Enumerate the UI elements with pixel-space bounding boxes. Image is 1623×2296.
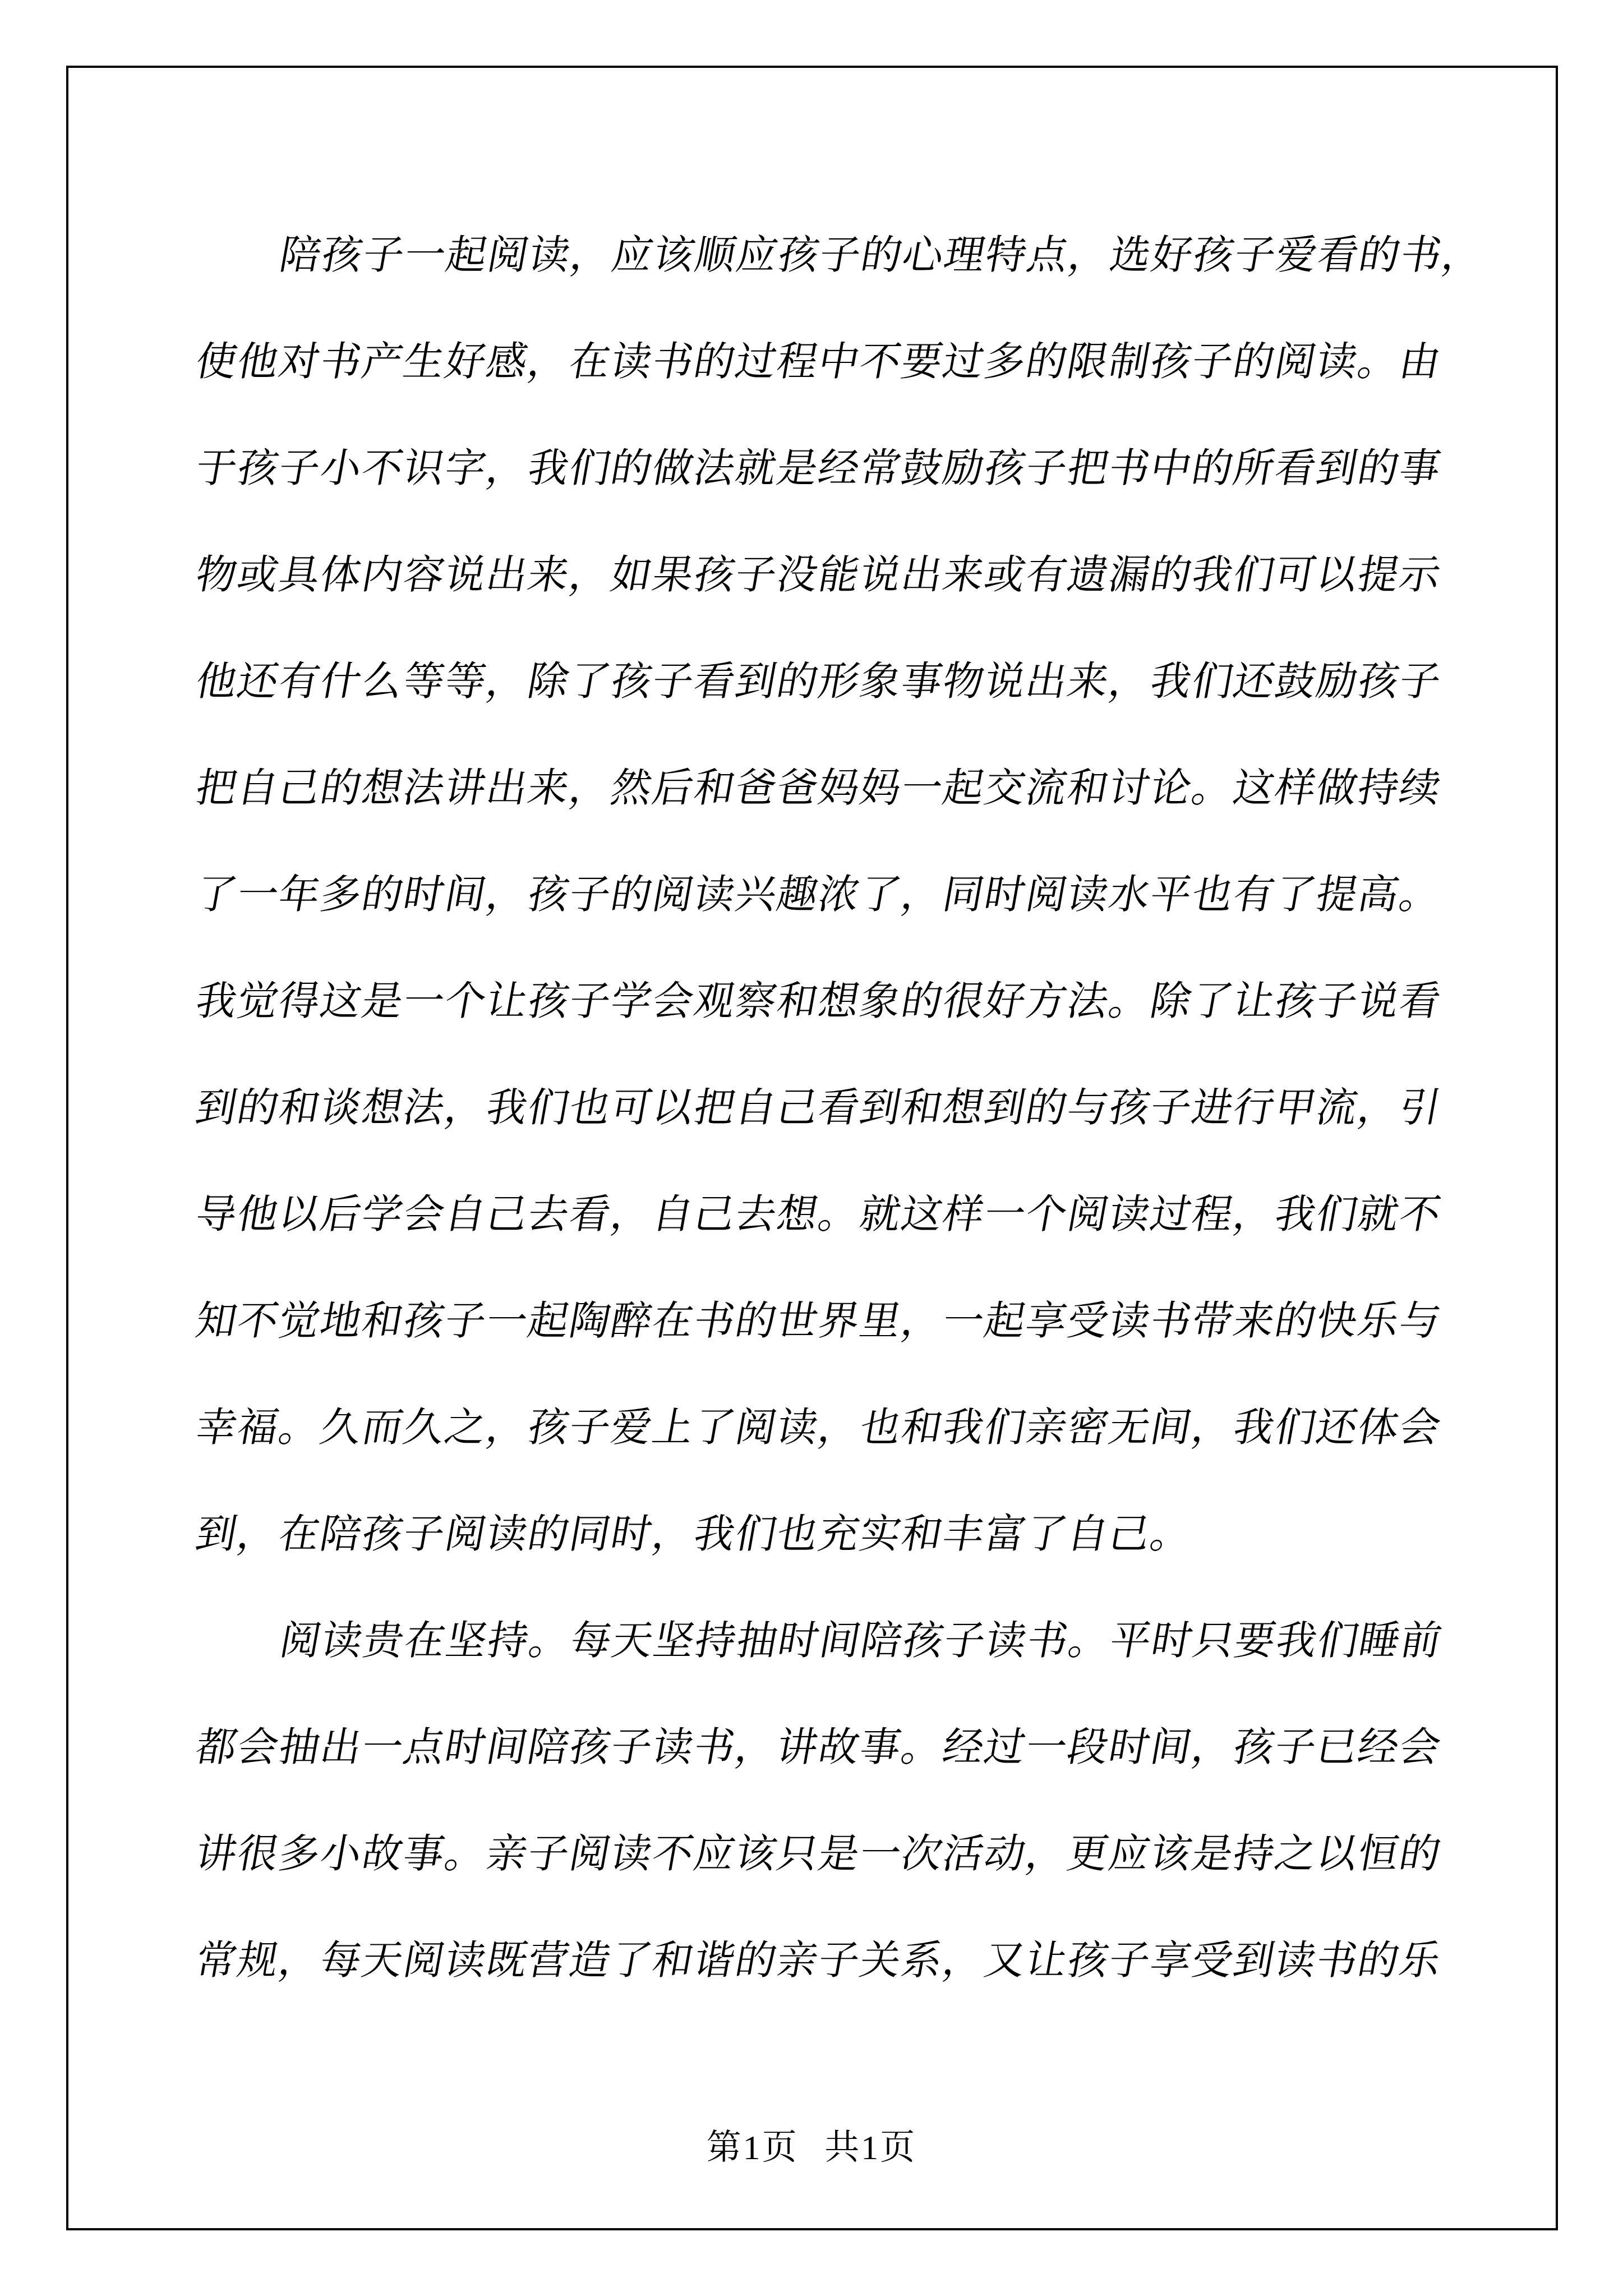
text-line: 常规，每天阅读既营造了和谐的亲子关系，又让孩子享受到读书的乐 [187, 1907, 1456, 2014]
text-line: 都会抽出一点时间陪孩子读书，讲故事。经过一段时间，孩子已经会 [187, 1694, 1456, 1801]
text-line: 我觉得这是一个让孩子学会观察和想象的很好方法。除了让孩子说看 [187, 948, 1456, 1055]
text-line: 导他以后学会自己去看，自己去想。就这样一个阅读过程，我们就不 [187, 1161, 1456, 1268]
text-line: 于孩子小不识字，我们的做法就是经常鼓励孩子把书中的所看到的事 [187, 415, 1456, 522]
text-line: 幸福。久而久之，孩子爱上了阅读，也和我们亲密无间，我们还体会 [187, 1374, 1456, 1481]
text-line: 使他对书产生好感，在读书的过程中不要过多的限制孩子的阅读。由 [187, 309, 1456, 415]
text-line: 了一年多的时间，孩子的阅读兴趣浓了，同时阅读水平也有了提高。 [187, 841, 1456, 948]
text-line: 到的和谈想法，我们也可以把自己看到和想到的与孩子进行甲流，引 [187, 1055, 1456, 1161]
document-text: 陪孩子一起阅读，应该顺应孩子的心理特点，选好孩子爱看的书， 使他对书产生好感，在… [196, 202, 1447, 2014]
text-line: 陪孩子一起阅读，应该顺应孩子的心理特点，选好孩子爱看的书， [187, 202, 1456, 309]
text-line: 把自己的想法讲出来，然后和爸爸妈妈一起交流和讨论。这样做持续 [187, 735, 1456, 841]
text-line: 讲很多小故事。亲子阅读不应该只是一次活动，更应该是持之以恒的 [187, 1801, 1456, 1907]
text-line: 到，在陪孩子阅读的同时，我们也充实和丰富了自己。 [187, 1481, 1456, 1588]
text-line: 物或具体内容说出来，如果孩子没能说出来或有遗漏的我们可以提示 [187, 522, 1456, 628]
text-line: 阅读贵在坚持。每天坚持抽时间陪孩子读书。平时只要我们睡前 [187, 1588, 1456, 1694]
text-line: 他还有什么等等，除了孩子看到的形象事物说出来，我们还鼓励孩子 [187, 628, 1456, 735]
text-line: 知不觉地和孩子一起陶醉在书的世界里，一起享受读书带来的快乐与 [187, 1268, 1456, 1374]
page-footer: 第1页 共1页 [0, 2124, 1623, 2172]
